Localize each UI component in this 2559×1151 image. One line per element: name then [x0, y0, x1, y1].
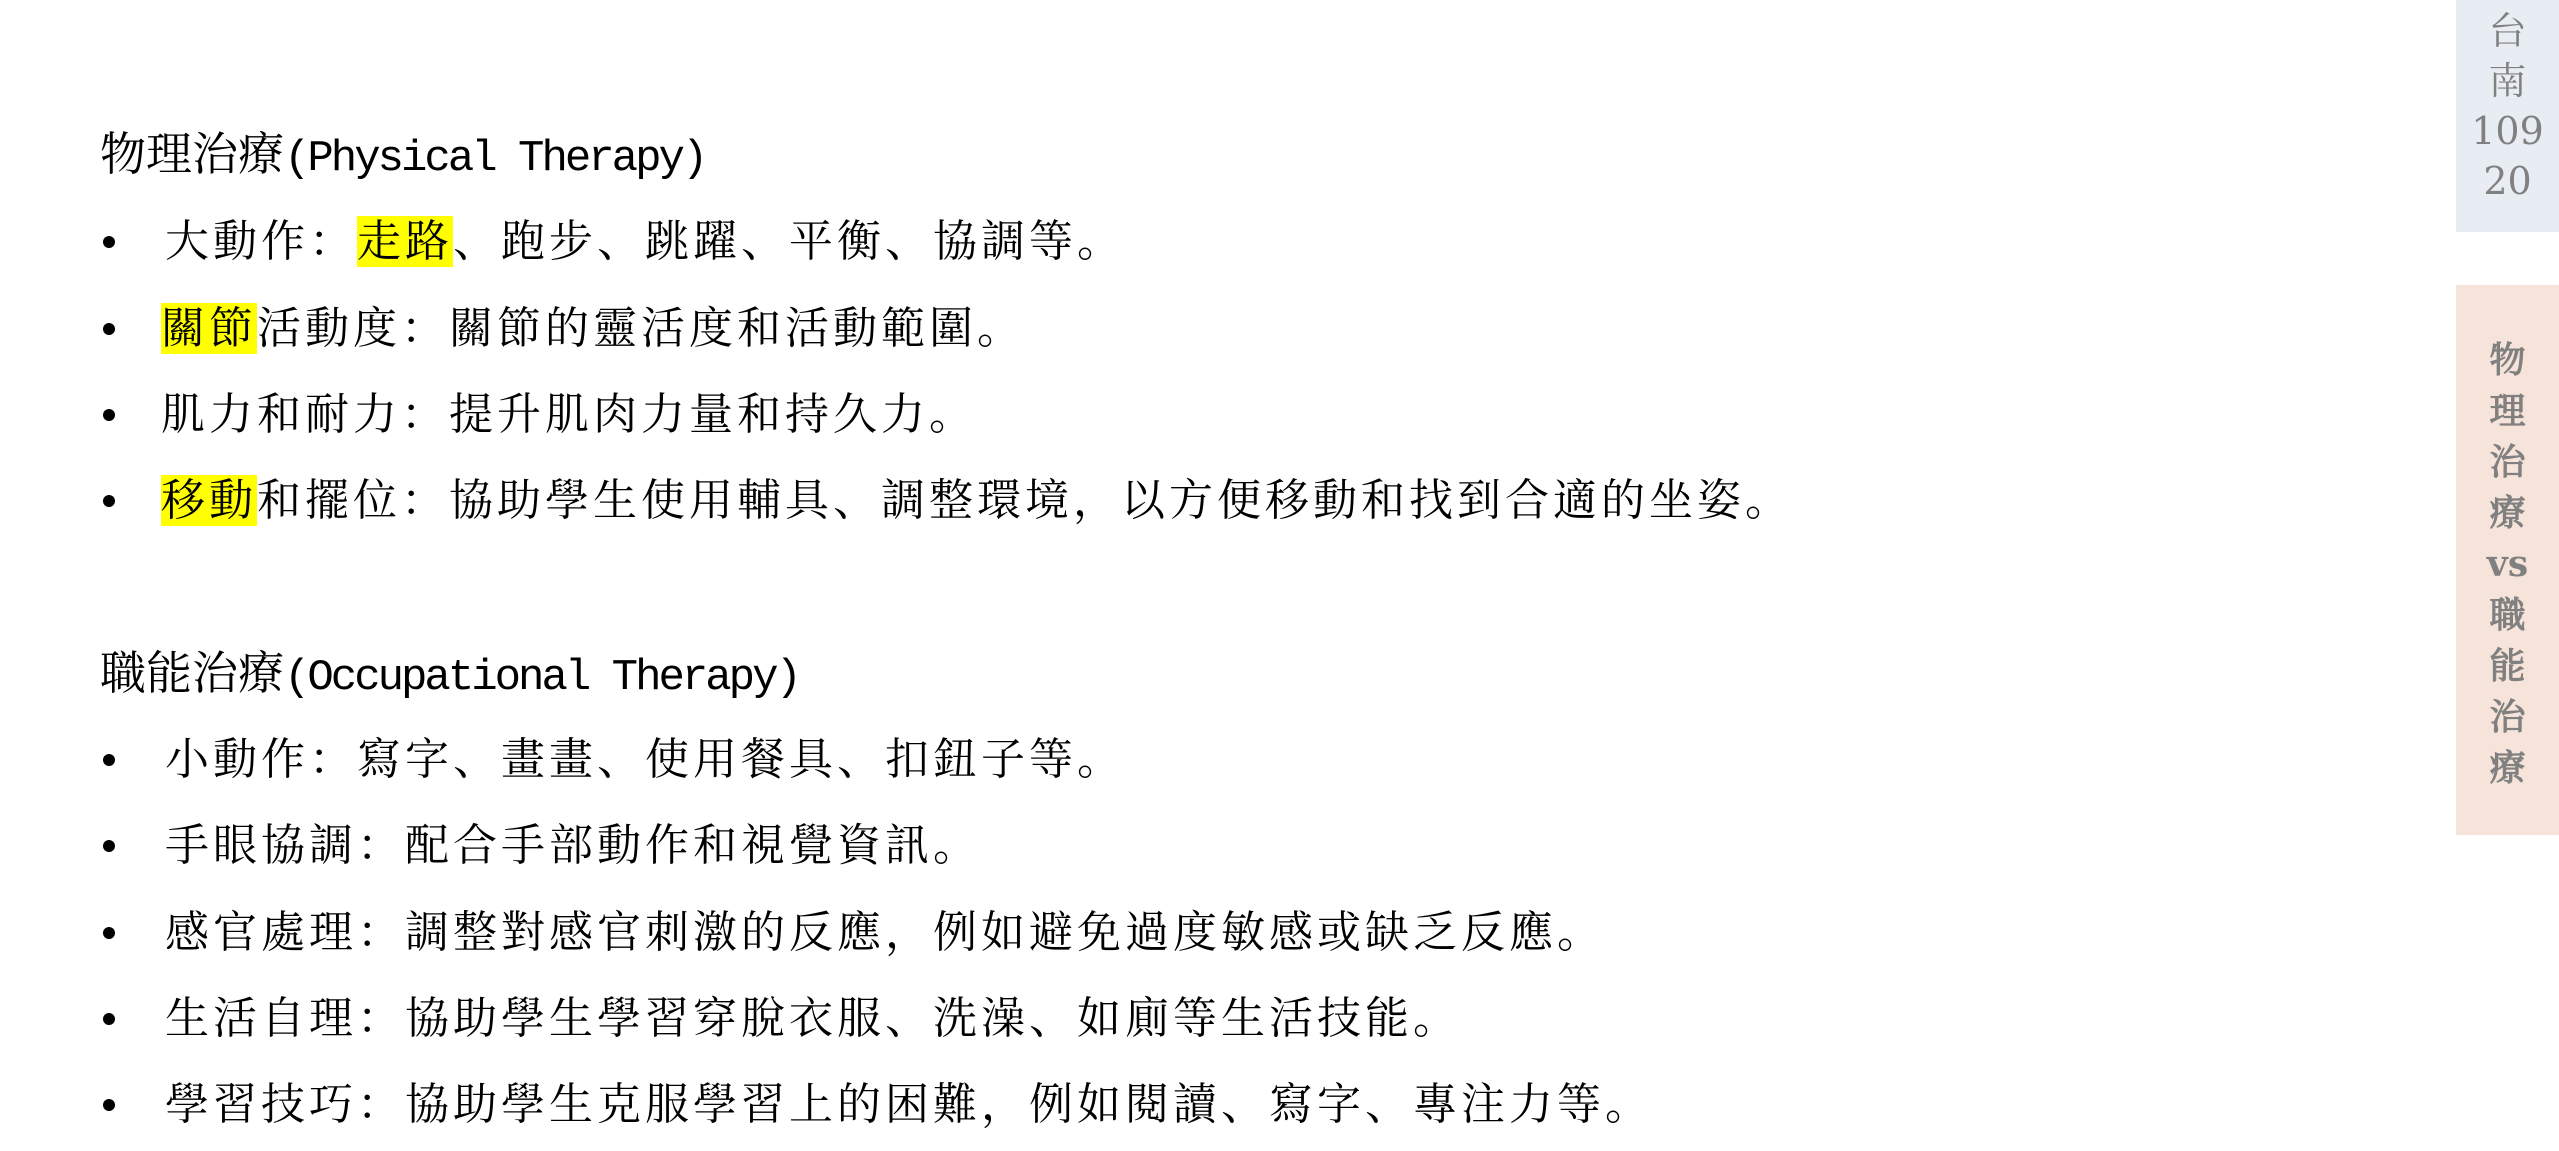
side-tab-topic-line: 物 — [2456, 335, 2559, 386]
bullet-icon — [103, 409, 115, 421]
side-tab-topic-line: vs — [2456, 539, 2559, 590]
pt-item-label: 大動作： — [165, 216, 357, 267]
ot-heading-cjk: 職能治療 — [100, 646, 284, 700]
side-tab-topic[interactable]: 物 理 治 療 vs 職 能 治 療 — [2456, 285, 2559, 835]
ot-item-text: 生活自理：協助學生學習穿脫衣服、洗澡、如廁等生活技能。 — [165, 993, 1461, 1045]
side-tab-topic-line: 理 — [2456, 386, 2559, 437]
side-tab-topic-line: 療 — [2456, 743, 2559, 794]
pt-heading: 物理治療(Physical Therapy) — [100, 128, 705, 180]
ot-item-text: 感官處理：調整對感官刺激的反應，例如避免過度敏感或缺乏反應。 — [165, 907, 1605, 959]
pt-item-text: 肌力和耐力：提升肌肉力量和持久力。 — [161, 389, 977, 441]
bullet-icon — [103, 1013, 115, 1025]
bullet-icon — [103, 927, 115, 939]
ot-heading-latin: (Occupational Therapy) — [284, 653, 799, 703]
side-tab-topic-line: 治 — [2456, 437, 2559, 488]
bullet-icon — [103, 754, 115, 766]
ot-item-text: 手眼協調：配合手部動作和視覺資訊。 — [165, 820, 981, 872]
highlighted-text: 移動 — [161, 475, 257, 526]
side-tab-topic-line: 治 — [2456, 692, 2559, 743]
bullet-icon — [103, 840, 115, 852]
side-tab-year-line: 台 — [2456, 6, 2559, 56]
side-tab-year-line: 20 — [2456, 156, 2559, 206]
ot-item-text: 小動作：寫字、畫畫、使用餐具、扣鈕子等。 — [165, 734, 1125, 786]
ot-item-text: 學習技巧：協助學生克服學習上的困難，例如閱讀、寫字、專注力等。 — [165, 1079, 1653, 1131]
side-tab-topic-line: 療 — [2456, 488, 2559, 539]
ot-heading: 職能治療(Occupational Therapy) — [100, 647, 799, 699]
pt-item-text: 大動作：走路、跑步、跳躍、平衡、協調等。 — [165, 216, 1125, 268]
bullet-icon — [103, 236, 115, 248]
pt-item-rest: 活動度：關節的靈活度和活動範圍。 — [257, 303, 1025, 354]
bullet-icon — [103, 1099, 115, 1111]
bullet-icon — [103, 495, 115, 507]
side-tab-topic-line: 能 — [2456, 641, 2559, 692]
side-tab-year-line: 南 — [2456, 56, 2559, 106]
pt-item-text: 關節活動度：關節的靈活度和活動範圍。 — [161, 303, 1025, 355]
pt-item-rest: 、跑步、跳躍、平衡、協調等。 — [453, 216, 1125, 267]
side-tab-year-line: 109 — [2456, 106, 2559, 156]
pt-heading-cjk: 物理治療 — [100, 127, 284, 181]
highlighted-text: 走路 — [357, 216, 453, 267]
side-tab-year[interactable]: 台 南 109 20 — [2456, 0, 2559, 232]
highlighted-text: 關節 — [161, 303, 257, 354]
pt-heading-latin: (Physical Therapy) — [284, 134, 705, 184]
pt-item-text: 移動和擺位：協助學生使用輔具、調整環境，以方便移動和找到合適的坐姿。 — [161, 475, 1793, 527]
bullet-icon — [103, 323, 115, 335]
pt-item-rest: 和擺位：協助學生使用輔具、調整環境，以方便移動和找到合適的坐姿。 — [257, 475, 1793, 526]
side-tab-topic-line: 職 — [2456, 590, 2559, 641]
